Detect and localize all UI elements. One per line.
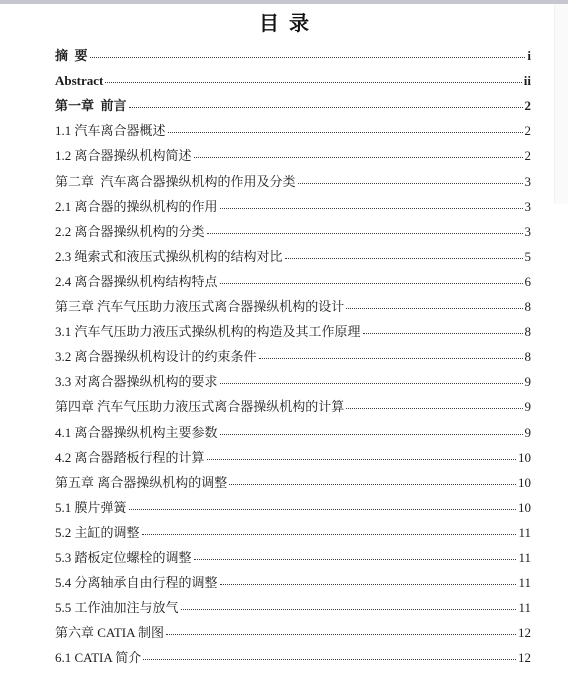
- toc-entry-pagenumber: 11: [518, 574, 531, 591]
- toc-entry-pagenumber: 3: [525, 223, 532, 240]
- toc-entry-pagenumber: 11: [518, 549, 531, 566]
- toc-entry-pagenumber: 10: [518, 449, 531, 466]
- toc-entry-row[interactable]: 2.3 绳索式和液压式操纵机构的结构对比 5: [55, 240, 531, 265]
- toc-leader-dots: [220, 283, 523, 284]
- toc-entry-row[interactable]: 1.1 汽车离合器概述 2: [55, 114, 531, 139]
- toc-entry-row[interactable]: Abstract ii: [55, 64, 531, 89]
- toc-entry-label: 4.2 离合器踏板行程的计算: [55, 449, 205, 466]
- toc-entry-row[interactable]: 5.2 主缸的调整 11: [55, 516, 531, 541]
- toc-entry-pagenumber: 5: [525, 248, 532, 265]
- toc-entry-row[interactable]: 1.2 离合器操纵机构简述 2: [55, 139, 531, 164]
- toc-entry-pagenumber: 2: [525, 147, 532, 164]
- document-page: 目 录 摘 要 i Abstract ii 第一章 前言 2 1.1 汽车离合器…: [0, 0, 568, 682]
- toc-entry-label: 2.2 离合器操纵机构的分类: [55, 223, 205, 240]
- toc-entry-row[interactable]: 3.1 汽车气压助力液压式操纵机构的构造及其工作原理 8: [55, 315, 531, 340]
- toc-entry-label: 摘 要: [55, 47, 88, 64]
- toc-leader-dots: [259, 358, 523, 359]
- toc-leader-dots: [142, 534, 517, 535]
- toc-entry-label: 4.1 离合器操纵机构主要参数: [55, 424, 218, 441]
- toc-leader-dots: [168, 132, 523, 133]
- toc-entry-row[interactable]: 5.4 分离轴承自由行程的调整 11: [55, 566, 531, 591]
- toc-entry-pagenumber: 9: [525, 373, 532, 390]
- toc-entry-pagenumber: 11: [518, 524, 531, 541]
- toc-entry-pagenumber: 3: [525, 198, 532, 215]
- toc-entry-row[interactable]: 第一章 前言 2: [55, 89, 531, 114]
- toc-list: 摘 要 i Abstract ii 第一章 前言 2 1.1 汽车离合器概述 2…: [55, 39, 531, 666]
- toc-entry-row[interactable]: 2.4 离合器操纵机构结构特点 6: [55, 265, 531, 290]
- toc-entry-label: 3.3 对离合器操纵机构的要求: [55, 373, 218, 390]
- toc-leader-dots: [346, 308, 522, 309]
- toc-entry-pagenumber: 8: [525, 298, 532, 315]
- toc-entry-row[interactable]: 5.3 踏板定位螺栓的调整 11: [55, 541, 531, 566]
- toc-leader-dots: [207, 233, 523, 234]
- toc-leader-dots: [298, 183, 523, 184]
- toc-entry-pagenumber: 8: [525, 323, 532, 340]
- toc-entry-label: 3.2 离合器操纵机构设计的约束条件: [55, 348, 257, 365]
- toc-entry-label: 6.1 CATIA 简介: [55, 649, 141, 666]
- toc-entry-row[interactable]: 2.1 离合器的操纵机构的作用 3: [55, 190, 531, 215]
- toc-entry-label: 5.3 踏板定位螺栓的调整: [55, 549, 192, 566]
- toc-entry-pagenumber: 3: [525, 173, 532, 190]
- toc-entry-label: 第三章 汽车气压助力液压式离合器操纵机构的设计: [55, 298, 344, 315]
- toc-entry-pagenumber: 2: [525, 97, 532, 114]
- toc-entry-row[interactable]: 第六章 CATIA 制图 12: [55, 616, 531, 641]
- toc-entry-row[interactable]: 4.1 离合器操纵机构主要参数 9: [55, 415, 531, 440]
- toc-entry-pagenumber: 6: [525, 273, 532, 290]
- toc-entry-row[interactable]: 第五章 离合器操纵机构的调整 10: [55, 466, 531, 491]
- toc-entry-pagenumber: 11: [518, 599, 531, 616]
- toc-entry-label: 1.1 汽车离合器概述: [55, 122, 166, 139]
- toc-entry-label: 2.4 离合器操纵机构结构特点: [55, 273, 218, 290]
- toc-entry-pagenumber: 9: [525, 424, 532, 441]
- toc-leader-dots: [220, 383, 523, 384]
- toc-leader-dots: [105, 82, 521, 83]
- toc-entry-label: 第五章 离合器操纵机构的调整: [55, 474, 227, 491]
- toc-leader-dots: [90, 57, 526, 58]
- toc-entry-row[interactable]: 摘 要 i: [55, 39, 531, 64]
- toc-leader-dots: [194, 559, 517, 560]
- toc-entry-row[interactable]: 3.3 对离合器操纵机构的要求 9: [55, 365, 531, 390]
- toc-entry-pagenumber: 9: [525, 398, 532, 415]
- toc-leader-dots: [181, 609, 517, 610]
- toc-entry-label: 1.2 离合器操纵机构简述: [55, 147, 192, 164]
- toc-entry-label: 2.1 离合器的操纵机构的作用: [55, 198, 218, 215]
- toc-entry-row[interactable]: 6.1 CATIA 简介 12: [55, 641, 531, 666]
- toc-entry-label: 第一章 前言: [55, 97, 127, 114]
- toc-entry-row[interactable]: 4.2 离合器踏板行程的计算 10: [55, 441, 531, 466]
- toc-entry-pagenumber: 2: [525, 122, 532, 139]
- toc-entry-row[interactable]: 2.2 离合器操纵机构的分类 3: [55, 215, 531, 240]
- toc-leader-dots: [220, 584, 517, 585]
- toc-leader-dots: [194, 157, 523, 158]
- toc-entry-label: 5.5 工作油加注与放气: [55, 599, 179, 616]
- toc-entry-pagenumber: i: [527, 47, 531, 64]
- toc-leader-dots: [143, 659, 516, 660]
- toc-entry-label: 5.4 分离轴承自由行程的调整: [55, 574, 218, 591]
- toc-entry-pagenumber: 10: [518, 499, 531, 516]
- toc-entry-pagenumber: 12: [518, 649, 531, 666]
- toc-entry-label: 第四章 汽车气压助力液压式离合器操纵机构的计算: [55, 398, 344, 415]
- toc-leader-dots: [229, 484, 516, 485]
- toc-leader-dots: [285, 258, 523, 259]
- toc-leader-dots: [220, 434, 523, 435]
- toc-entry-pagenumber: 8: [525, 348, 532, 365]
- toc-entry-row[interactable]: 第四章 汽车气压助力液压式离合器操纵机构的计算 9: [55, 390, 531, 415]
- toc-entry-row[interactable]: 5.1 膜片弹簧 10: [55, 491, 531, 516]
- toc-entry-pagenumber: ii: [524, 72, 531, 89]
- toc-entry-label: Abstract: [55, 72, 103, 89]
- toc-leader-dots: [129, 509, 516, 510]
- toc-entry-label: 第二章 汽车离合器操纵机构的作用及分类: [55, 173, 296, 190]
- toc-entry-label: 5.2 主缸的调整: [55, 524, 140, 541]
- page-top-edge: [0, 0, 568, 4]
- toc-leader-dots: [363, 333, 523, 334]
- toc-entry-label: 第六章 CATIA 制图: [55, 624, 164, 641]
- toc-entry-row[interactable]: 第二章 汽车离合器操纵机构的作用及分类 3: [55, 164, 531, 189]
- toc-entry-row[interactable]: 5.5 工作油加注与放气 11: [55, 591, 531, 616]
- toc-leader-dots: [129, 107, 523, 108]
- toc-entry-row[interactable]: 第三章 汽车气压助力液压式离合器操纵机构的设计 8: [55, 290, 531, 315]
- toc-entry-label: 5.1 膜片弹簧: [55, 499, 127, 516]
- toc-entry-pagenumber: 12: [518, 624, 531, 641]
- toc-page-title: 目 录: [0, 7, 568, 36]
- toc-entry-row[interactable]: 3.2 离合器操纵机构设计的约束条件 8: [55, 340, 531, 365]
- toc-entry-label: 2.3 绳索式和液压式操纵机构的结构对比: [55, 248, 283, 265]
- toc-leader-dots: [220, 208, 523, 209]
- toc-leader-dots: [346, 408, 522, 409]
- toc-leader-dots: [207, 459, 516, 460]
- toc-entry-pagenumber: 10: [518, 474, 531, 491]
- toc-leader-dots: [166, 634, 516, 635]
- toc-entry-label: 3.1 汽车气压助力液压式操纵机构的构造及其工作原理: [55, 323, 361, 340]
